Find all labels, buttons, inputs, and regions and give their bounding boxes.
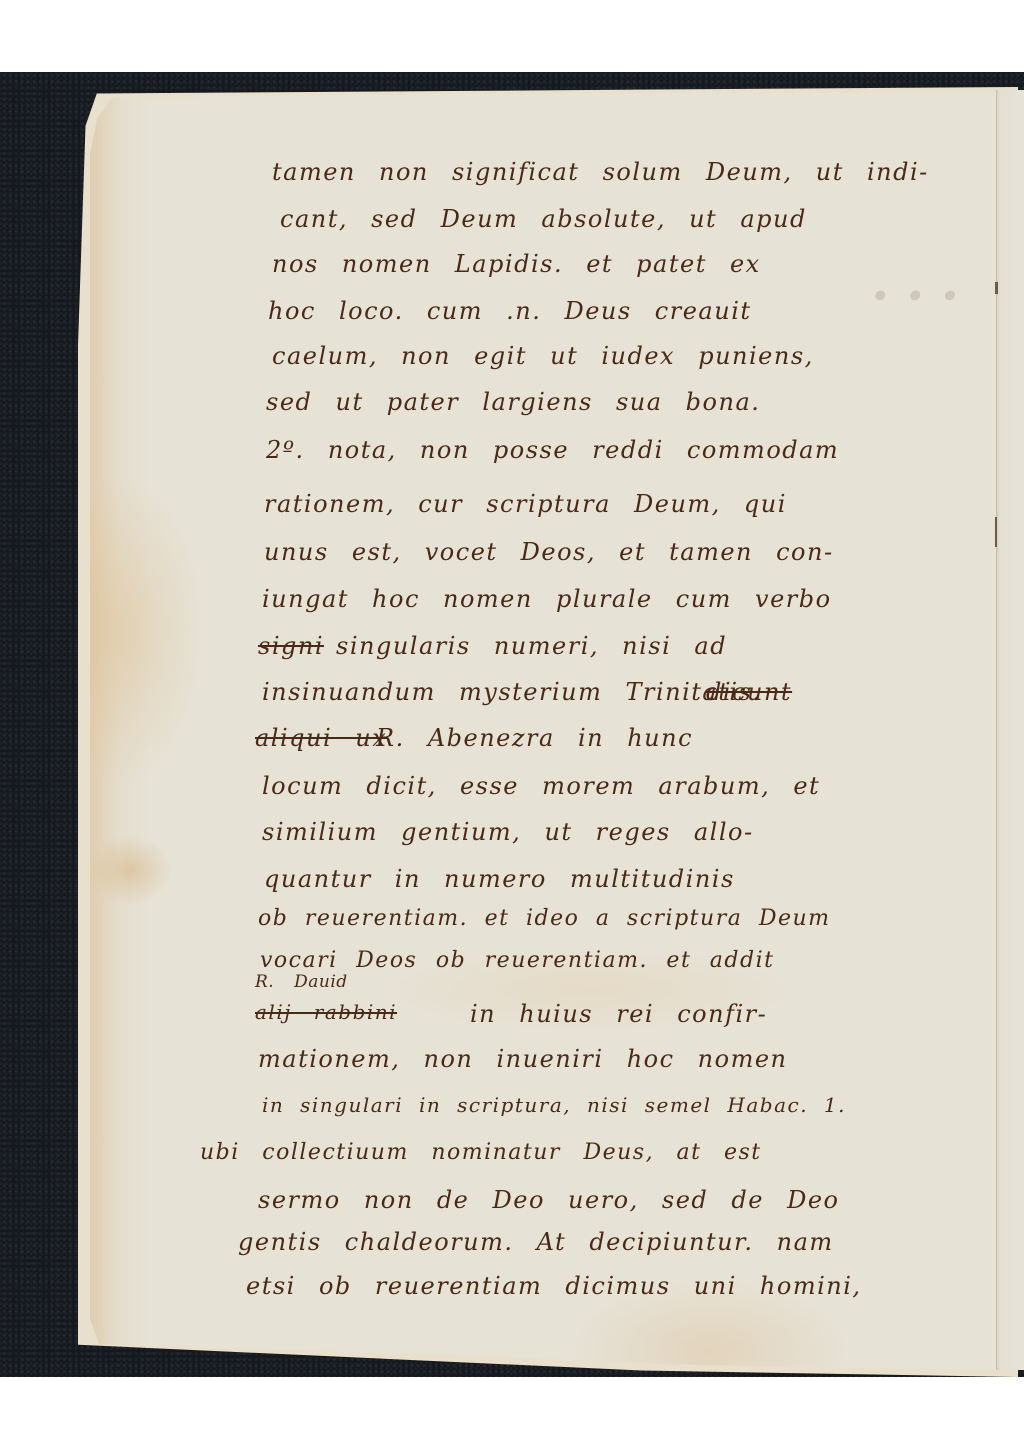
text-line-16: quantur in numero multitudinis xyxy=(264,865,735,893)
text-line-22: ubi collectiuum nominatur Deus, at est xyxy=(200,1140,762,1165)
text-line-14: locum dicit, esse morem arabum, et xyxy=(262,772,820,800)
struck-word: signi xyxy=(258,632,324,660)
text-line-24: gentis chaldeorum. At decipiuntur. nam xyxy=(238,1228,834,1256)
text-line-8: rationem, cur scriptura Deum, qui xyxy=(264,490,787,518)
text-line-10: iungat hoc nomen plurale cum verbo xyxy=(262,585,832,613)
text-line-13: R. Abenezra in hunc xyxy=(376,724,693,752)
text-line-25: etsi ob reuerentiam dicimus uni homini, xyxy=(246,1272,862,1300)
text-line-4: hoc loco. cum .n. Deus creauit xyxy=(268,297,752,325)
interlinear-insertion: R. Dauid xyxy=(255,972,348,992)
text-line-12: insinuandum mysterium Trinitatis. xyxy=(262,678,762,706)
text-line-21: in singulari in scriptura, nisi semel Ha… xyxy=(262,1093,846,1117)
text-line-1: tamen non significat solum Deum, ut indi… xyxy=(272,158,929,186)
text-line-18: vocari Deos ob reuerentiam. et addit xyxy=(260,948,774,973)
text-line-17: ob reuerentiam. et ideo a scriptura Deum xyxy=(258,906,831,931)
manuscript-text: tamen non significat solum Deum, ut indi… xyxy=(0,0,1024,1448)
text-line-15: similium gentium, ut reges allo- xyxy=(262,818,754,846)
text-line-20: mationem, non inueniri hoc nomen xyxy=(258,1045,788,1073)
text-line-7: 2º. nota, non posse reddi commodam xyxy=(266,436,839,464)
text-line-6: sed ut pater largiens sua bona. xyxy=(266,388,760,416)
text-line-11: singularis numeri, nisi ad xyxy=(336,632,727,660)
struck-word: aliqui ux xyxy=(255,724,387,752)
struck-word: dicunt xyxy=(706,678,792,706)
bottom-margin xyxy=(0,1377,1024,1448)
text-line-3: nos nomen Lapidis. et patet ex xyxy=(272,250,761,278)
struck-word: alij rabbini xyxy=(255,1000,397,1024)
text-line-9: unus est, vocet Deos, et tamen con- xyxy=(264,538,834,566)
text-line-2: cant, sed Deum absolute, ut apud xyxy=(280,205,807,233)
text-line-23: sermo non de Deo uero, sed de Deo xyxy=(258,1186,839,1214)
text-line-19: in huius rei confir- xyxy=(470,1000,767,1028)
text-line-5: caelum, non egit ut iudex puniens, xyxy=(272,342,814,370)
